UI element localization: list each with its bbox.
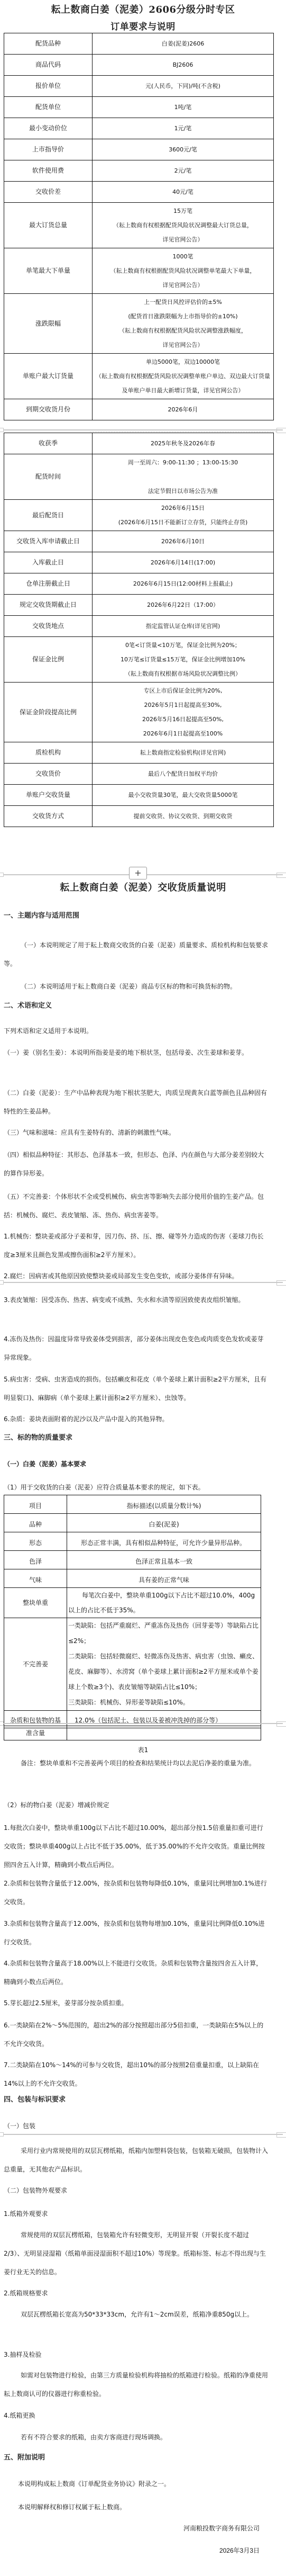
row-label: 报价单位	[4, 76, 93, 97]
value-line: 1元/笔	[95, 121, 271, 136]
paragraph: 本说明解释权和修订权属于耘上数商。	[4, 2498, 282, 2517]
value-line: 10万笔≤订货量≤15万笔，保证金比例增加10%	[95, 652, 271, 667]
row-value: 2026年6月15日(2026年6月15日不能新订立存货，只能终止存货)	[93, 500, 274, 531]
row-value: 单边5000笔，双边10000笔（耘上数商有权根据配货风险状况调整单账户单边、双…	[93, 354, 274, 399]
table-cell: 色泽	[4, 1551, 67, 1569]
value-line: BJ2606	[95, 58, 271, 72]
row-label: 交收货入库申请截止日	[4, 531, 93, 552]
subsection-heading: （一）包装	[4, 2117, 268, 2135]
table-row: 交收货方式提前交收货、协议交收货、到期交收货	[4, 806, 274, 827]
table-row: 单账户交收货量最小交收货量30笔，最大交收货量5000笔	[4, 785, 274, 806]
value-line: 周一至周六：9:00-11:30 ；13:00-15:30	[95, 455, 271, 470]
page-break-line	[3, 2134, 283, 2135]
table-row: 最后配货日2026年6月15日(2026年6月15日不能新订立存货，只能终止存货…	[4, 500, 274, 531]
table-row: 到期交收货月份2026年6月	[4, 399, 274, 420]
page-break	[0, 2133, 286, 2137]
row-label: 配货单位	[4, 97, 93, 118]
page-break-line	[3, 1723, 283, 1724]
definition: （二）白姜（泥姜）：生产中品种表现为地下根状茎肥大，肉质呈现黄灰白蓝等颜色且品种…	[4, 1084, 268, 1121]
table-row: 交收价差40元/笔	[4, 182, 274, 203]
row-label: 最大订货总量	[4, 203, 93, 248]
definition: （一）姜（别名生姜）：本说明所指姜是姜的地下根状茎，包括母姜、次生姜球和姜芽。	[4, 1044, 268, 1062]
value-line: 2026年6月10日	[95, 534, 271, 549]
table-cell: 准含量	[4, 1726, 67, 1740]
subsection-heading: （二）包装物外观要求	[4, 2182, 268, 2200]
definition-item: 3.表皮皱缩：因受冻伤、热害、病变或不成熟、失水和水渍等原因致使表皮组织皱缩。	[4, 1291, 268, 1309]
table-row: 交收货地点指定监管认证仓库(详见官网)	[4, 616, 274, 637]
row-value: 最小交收货量30笔，最大交收货量5000笔	[93, 785, 274, 806]
value-line: 详见官网公告）	[95, 338, 271, 352]
table-row: 软件使用费2元/笔	[4, 160, 274, 182]
rule-item: 7.二类缺陷在10%～14%的可参与交收货，超出10%的部分按照2倍重量扣重，以…	[4, 2056, 268, 2093]
table-cell: 色泽正常且基本一致	[67, 1551, 261, 1569]
defect-class-2: 二类缺陷：包括轻微腐烂、轻微冻伤及热害、病虫害（虫蚀、癞皮、花皮、麻脚等）、水涝…	[68, 1649, 260, 1695]
row-label: 单账户交收货量	[4, 785, 93, 806]
table-cell: 一类缺陷：包括严重腐烂、严重冻伤及热伤（回芽姜等）等缺陷占比≤2%； 二类缺陷：…	[67, 1618, 261, 1711]
value-line: 2026年6月15日	[95, 501, 271, 515]
order-requirements-table-continued: 收获季2025年秋冬及2026年春配货时间周一至周六：9:00-11:30 ；1…	[4, 433, 274, 827]
rule-item: 2.杂质和包装物含量低于12.00%，按杂质和包装物每降低0.10%，重量同比例…	[4, 1874, 268, 1911]
value-line: (2026年6月15日不能新订立存货，只能终止存货)	[95, 515, 271, 529]
value-line: （耘上数商有权根据配货风险状况调整最大订货总量，	[95, 218, 271, 232]
row-value: 1吨/笔	[93, 97, 274, 118]
row-label: 到期交收货月份	[4, 399, 93, 420]
note: 备注：整块单重和不完善姜两个项目的检查和结果统计均以去泥后净姜的重量为准。	[4, 1757, 268, 1770]
row-label: 最小变动价位	[4, 118, 93, 139]
table-row: 保证金比例0笔<订货量<10万笔，保证金比例为20%；10万笔≤订货量≤15万笔…	[4, 637, 274, 683]
definition: （三）气味和滋味：应具有生姜特有的、清新的刺激性气味。	[4, 1124, 268, 1142]
table-cell: 白姜(泥姜)	[67, 1514, 261, 1532]
paragraph: （一）本说明规定了用于耘上数商交收货的白姜（泥姜）质量要求、质检机构和包装要求等…	[4, 936, 268, 973]
signature-date: 2026年3月3日	[219, 2546, 260, 2555]
definition-item: 5.病虫害：受病、虫害造成的损伤。包括癞皮和花皮（单个姜球上累计面积≥2平方厘米…	[4, 1370, 268, 1407]
table-row: 仓单注册截止日2026年6月15日(12:00材料上报截止)	[4, 573, 274, 595]
page-break: +	[0, 874, 286, 877]
row-label: 商品代码	[4, 55, 93, 76]
row-value: 提前交收货、协议交收货、到期交收货	[93, 806, 274, 827]
table-cell: 每笔次白姜中，整块单重100g以下占比不超过10.0%，400g以上的占比不低于…	[67, 1588, 261, 1618]
table-cell: 整块单重	[4, 1588, 67, 1618]
row-value: 耘上数商指定检验机构(详见官网)	[93, 742, 274, 764]
value-line: 2026年6月22日（17:00）	[95, 598, 271, 612]
value-line: 上一配货日风控评估价的±5%	[95, 295, 271, 309]
row-label: 质检机构	[4, 742, 93, 764]
quality-requirements-table: 项目 指标描述(以质量分数计%) 品种 白姜(泥姜) 形态 形态正常丰满，具有相…	[4, 1495, 261, 1728]
value-line: 2026年5月16日起提高至50%,	[95, 712, 271, 726]
row-value: 2026年6月10日	[93, 531, 274, 552]
paragraph: 本说明构成耘上数商《订单配货业务协议》附录之一。	[4, 2475, 282, 2493]
row-label: 交收价差	[4, 182, 93, 203]
table-row: 单账户最大订货量单边5000笔，双边10000笔（耘上数商有权根据配货风险状况调…	[4, 354, 274, 399]
definition: （五）不完善姜：个体形状不全或受机械伤、病虫害等影响失去部分使用价值的生姜产品。…	[4, 1188, 268, 1225]
item-title: 2.纸箱规格要求	[4, 2284, 268, 2303]
paragraph: 若有不符合要求的纸箱，由卖方客商进行现场调换。	[4, 2428, 268, 2447]
rule-item: 5.芽长超过2.5厘米，姜芽部分按杂质扣重。	[4, 1994, 268, 2013]
row-label: 上市指导价	[4, 139, 93, 160]
section-heading-1: 一、主题内容与适用范围	[4, 910, 79, 920]
paragraph: （1）用于交收货的白姜（泥姜）应符合质量基本要求的规定，如下表。	[4, 1478, 268, 1497]
value-line: 2026年6月14日(17:00)	[95, 555, 271, 570]
table-row: 交收货价最后八个配货日加权平均价	[4, 764, 274, 785]
value-line: 白姜(泥姜)2606	[95, 37, 271, 51]
table-row: 收获季2025年秋冬及2026年春	[4, 433, 274, 454]
value-line: 0笔<订货量<10万笔，保证金比例为20%；	[95, 638, 271, 652]
row-value: 2元/笔	[93, 160, 274, 182]
row-label: 最后配货日	[4, 500, 93, 531]
table-cell: 气味	[4, 1569, 67, 1588]
row-value: 专区上市后保证金比例为20%,2026年5月1日起提高至30%,2026年5月1…	[93, 683, 274, 742]
value-line: 最后八个配货日加权平均价	[95, 767, 271, 781]
signature-company: 河南粮投数字商务有限公司	[183, 2524, 260, 2533]
value-line	[95, 470, 271, 484]
row-value: 元(人民币，下同)/吨(不含税)	[93, 76, 274, 97]
rule-item: 6.一类缺陷在2%～5%范围的，超出2%的部分按照超出部分5倍扣重，一类缺陷在5…	[4, 2016, 268, 2053]
value-line: （耘上数商有权根据配货风险状况调整单笔最大下单量，	[95, 264, 271, 278]
table-cell	[67, 1726, 261, 1740]
row-label: 单账户最大订货量	[4, 354, 93, 399]
table-row: 质检机构耘上数商指定检验机构(详见官网)	[4, 742, 274, 764]
row-value: 上一配货日风控评估价的±5%(配货首日涨跌限幅为上市指导价的±10%)（耘上数商…	[93, 294, 274, 354]
value-line: 专区上市后保证金比例为20%,	[95, 684, 271, 698]
item-title: 1.纸箱外观要求	[4, 2205, 268, 2223]
row-value: 1元/笔	[93, 118, 274, 139]
page-break-cap-right	[276, 2132, 286, 2138]
row-value: 2025年秋冬及2026年春	[93, 433, 274, 454]
row-label: 保证金比例	[4, 637, 93, 683]
value-line: 2026年6月15日(12:00材料上报截止)	[95, 577, 271, 591]
paragraph: 采用行业内常规使用的双层瓦楞纸箱，纸箱内加塑料袋包装，包装箱无破损，包装物计入总…	[4, 2142, 268, 2179]
value-line: （耘上数商有权根据配货风险状况调整单账户单边、双边最大订货量及单账户单日最大新增…	[95, 369, 271, 398]
table-row: 报价单位元(人民币，下同)/吨(不含税)	[4, 76, 274, 97]
section-heading-5: 五、附加说明	[4, 2452, 45, 2462]
paragraph: 下列术语和定义适用于本说明。	[4, 1022, 268, 1040]
value-line: 单边5000笔，双边10000笔	[95, 355, 271, 369]
value-line: 详见官网公告）	[95, 232, 271, 247]
table-row: 涨跌限幅上一配货日风控评估价的±5%(配货首日涨跌限幅为上市指导价的±10%)（…	[4, 294, 274, 354]
row-value: 1000笔（耘上数商有权根据配货风险状况调整单笔最大下单量，详见官网公告）	[93, 248, 274, 294]
document-subtitle: 订单要求与说明	[0, 19, 286, 32]
value-line: 2026年6月1日起提高至100%	[95, 726, 271, 741]
table-row: 品种 白姜(泥姜)	[4, 1514, 261, 1532]
row-label: 软件使用费	[4, 160, 93, 182]
section-heading-4: 四、包装与标识要求	[4, 2094, 66, 2104]
table-row: 准含量	[4, 1726, 261, 1740]
table-row: 商品代码BJ2606	[4, 55, 274, 76]
row-value: 周一至周六：9:00-11:30 ；13:00-15:30法定节假日以市场公告为…	[93, 454, 274, 500]
add-row-button[interactable]: +	[129, 867, 147, 879]
table-cell: 形态	[4, 1532, 67, 1551]
row-value: 指定监管认证仓库(详见官网)	[93, 616, 274, 637]
value-line: 2025年秋冬及2026年春	[95, 436, 271, 451]
table-row: 保证金阶段提高比例专区上市后保证金比例为20%,2026年5月1日起提高至30%…	[4, 683, 274, 742]
table-row: 规定交收货期截止日2026年6月22日（17:00）	[4, 595, 274, 616]
row-value: 2026年6月15日(12:00材料上报截止)	[93, 573, 274, 595]
table-cell: 品种	[4, 1514, 67, 1532]
row-value: 40元/笔	[93, 182, 274, 203]
row-value: 2026年6月22日（17:00）	[93, 595, 274, 616]
rule-item: 3.杂质和包装物含量高于12.00%，按杂质和包装物每增加0.10%，重量同比例…	[4, 1915, 268, 1952]
value-line: 15万笔	[95, 204, 271, 218]
rule-item: 1.每批次白姜中，整块单重100g以下占比不超过10.00%，超出部分按1.5倍…	[4, 1819, 268, 1874]
paragraph: （2）标的物白姜（泥姜）增减价规定	[4, 1796, 268, 1815]
value-line: 指定监管认证仓库(详见官网)	[95, 619, 271, 633]
row-label: 规定交收货期截止日	[4, 595, 93, 616]
order-requirements-table: 配货品种白姜(泥姜)2606商品代码BJ2606报价单位元(人民币，下同)/吨(…	[4, 33, 274, 420]
page-break	[0, 1281, 286, 1285]
row-label: 保证金阶段提高比例	[4, 683, 93, 742]
row-value: 3600元/笔	[93, 139, 274, 160]
value-line: 1吨/笔	[95, 100, 271, 114]
page-break-cap-right	[276, 873, 286, 878]
page-break-dashed	[90, 432, 276, 432]
paragraph: 常规使用的双层瓦楞纸箱，包装箱允许有轻微变形，无明显开裂（开裂长度不超过2/3）…	[4, 2226, 268, 2282]
value-line: （耘上数商有权根据市场风险状况调整比例）	[95, 667, 271, 681]
page-break-cap-right	[276, 1721, 286, 1727]
value-line: 1000笔	[95, 249, 271, 264]
row-value: 2026年6月	[93, 399, 274, 420]
value-line: 提前交收货、协议交收货、到期交收货	[95, 809, 271, 823]
table-row: 形态 形态正常丰满，具有相似品种特征，可允许少量异形品种。	[4, 1532, 261, 1551]
subsection-heading: （一）白姜（泥姜）基本要求	[4, 1459, 86, 1468]
row-label: 配货时间	[4, 454, 93, 500]
page-break	[0, 429, 286, 432]
value-line: （耘上数商有权根据配货风险状况调整涨跌幅度，	[95, 324, 271, 338]
row-label: 收获季	[4, 433, 93, 454]
row-value: BJ2606	[93, 55, 274, 76]
table-row: 色泽 色泽正常且基本一致	[4, 1551, 261, 1569]
section-heading-2: 二、术语和定义	[4, 1000, 52, 1010]
row-value: 白姜(泥姜)2606	[93, 33, 274, 55]
table-row: 上市指导价3600元/笔	[4, 139, 274, 160]
table-row: 交收货入库申请截止日2026年6月10日	[4, 531, 274, 552]
row-label: 配货品种	[4, 33, 93, 55]
quality-title: 耘上数商白姜（泥姜）交收货质量说明	[0, 880, 286, 894]
document-title: 耘上数商白姜（泥姜）2606分级分时专区	[0, 2, 286, 16]
definition-item: 6.杂质：姜块表面附着的泥沙以及产品中混入的其他异物。	[4, 1410, 268, 1429]
item-title: 3.抽样及检验	[4, 2346, 268, 2364]
table-cell: 形态正常丰满，具有相似品种特征，可允许少量异形品种。	[67, 1532, 261, 1551]
value-line: 法定节假日以市场公告为准	[95, 484, 271, 498]
row-value: 15万笔（耘上数商有权根据配货风险状况调整最大订货总量，详见官网公告）	[93, 203, 274, 248]
row-label: 单笔最大下单量	[4, 248, 93, 294]
table-row: 入库截止日2026年6月14日(17:00)	[4, 552, 274, 573]
row-value: 最后八个配货日加权平均价	[93, 764, 274, 785]
table-caption: 表1	[0, 1745, 286, 1754]
defect-class-3: 三类缺陷：机械伤、异形姜等缺陷≤10%。	[68, 1695, 260, 1710]
definition-item: 4.冻伤及热伤：因温度异常导致姜体受到损害，部分姜体出现皮色变色或肉质变色发软或…	[4, 1330, 268, 1367]
table-row: 最大订货总量15万笔（耘上数商有权根据配货风险状况调整最大订货总量，详见官网公告…	[4, 203, 274, 248]
value-line: 40元/笔	[95, 185, 271, 199]
header-cell: 指标描述(以质量分数计%)	[67, 1495, 261, 1514]
table-row: 配货单位1吨/笔	[4, 97, 274, 118]
value-line: 2026年6月	[95, 402, 271, 417]
table-row: 配货品种白姜(泥姜)2606	[4, 33, 274, 55]
row-label: 交收货方式	[4, 806, 93, 827]
table-row: 整块单重 每笔次白姜中，整块单重100g以下占比不超过10.0%，400g以上的…	[4, 1588, 261, 1618]
table-cell: 不完善姜	[4, 1618, 67, 1711]
table-row: 单笔最大下单量1000笔（耘上数商有权根据配货风险状况调整单笔最大下单量，详见官…	[4, 248, 274, 294]
row-label: 仓单注册截止日	[4, 573, 93, 595]
definition-item: 1.机械伤：整块姜或部分子姜和芽，因刀伤、挤、压、擦、碰等外力造成的伤害（姜球刀…	[4, 1227, 268, 1264]
definition: （四）相似品种特征：其形态、色泽基本一致，但形态、色泽、内在颜色与大部分姜差别较…	[4, 1146, 268, 1183]
value-line: 2026年5月1日起提高至30%,	[95, 698, 271, 712]
item-title: 4.纸箱更换	[4, 2407, 268, 2425]
row-label: 入库截止日	[4, 552, 93, 573]
row-value: 2026年6月14日(17:00)	[93, 552, 274, 573]
table-row: 配货时间周一至周六：9:00-11:30 ；13:00-15:30法定节假日以市…	[4, 454, 274, 500]
value-line: 详见官网公告）	[95, 278, 271, 292]
row-value: 0笔<订货量<10万笔，保证金比例为20%；10万笔≤订货量≤15万笔，保证金比…	[93, 637, 274, 683]
table-row: 不完善姜 一类缺陷：包括严重腐烂、严重冻伤及热伤（回芽姜等）等缺陷占比≤2%； …	[4, 1618, 261, 1711]
table-row: 最小变动价位1元/笔	[4, 118, 274, 139]
defect-class-1: 一类缺陷：包括严重腐烂、严重冻伤及热伤（回芽姜等）等缺陷占比≤2%；	[68, 1618, 260, 1649]
table-header-row: 项目 指标描述(以质量分数计%)	[4, 1495, 261, 1514]
row-label: 涨跌限幅	[4, 294, 93, 354]
page-break-line	[3, 1282, 283, 1283]
section-heading-3: 三、标的物的质量要求	[4, 1432, 72, 1442]
value-line: 耘上数商指定检验机构(详见官网)	[95, 746, 271, 760]
value-line: 2元/笔	[95, 164, 271, 178]
paragraph: 如需对包装物进行检验，由第三方质量检验机构将抽检的纸箱进行检验。纸箱的净重使用耘…	[4, 2366, 268, 2403]
paragraph: 双层瓦楞纸箱长宽高为50*33*33cm，允许有1～2cm误差，纸箱净重850g…	[4, 2305, 268, 2324]
paragraph: （二）本说明适用于耘上数商白姜（泥姜）商品专区标的物和可换货标的物。	[4, 977, 268, 996]
value-line: 最小交收货量30笔，最大交收货量5000笔	[95, 788, 271, 802]
row-label: 交收货价	[4, 764, 93, 785]
value-line: 元(人民币，下同)/吨(不含税)	[95, 79, 271, 93]
page-break-cap-right	[276, 1280, 286, 1286]
page-break-line	[3, 429, 283, 430]
row-label: 交收货地点	[4, 616, 93, 637]
value-line: 3600元/笔	[95, 142, 271, 157]
value-line: (配货首日涨跌限幅为上市指导价的±10%)	[95, 309, 271, 324]
table-row: 气味 具有姜的正常气味	[4, 1569, 261, 1588]
table-cell: 具有姜的正常气味	[67, 1569, 261, 1588]
quality-requirements-table-continued: 准含量	[4, 1726, 261, 1740]
rule-item: 4.杂质和包装物含量高于18.00%以上不能进行交收货。杂质和包装物含量按四舍五…	[4, 1954, 268, 1991]
header-cell: 项目	[4, 1495, 67, 1514]
page-break-cap-right	[276, 428, 286, 433]
